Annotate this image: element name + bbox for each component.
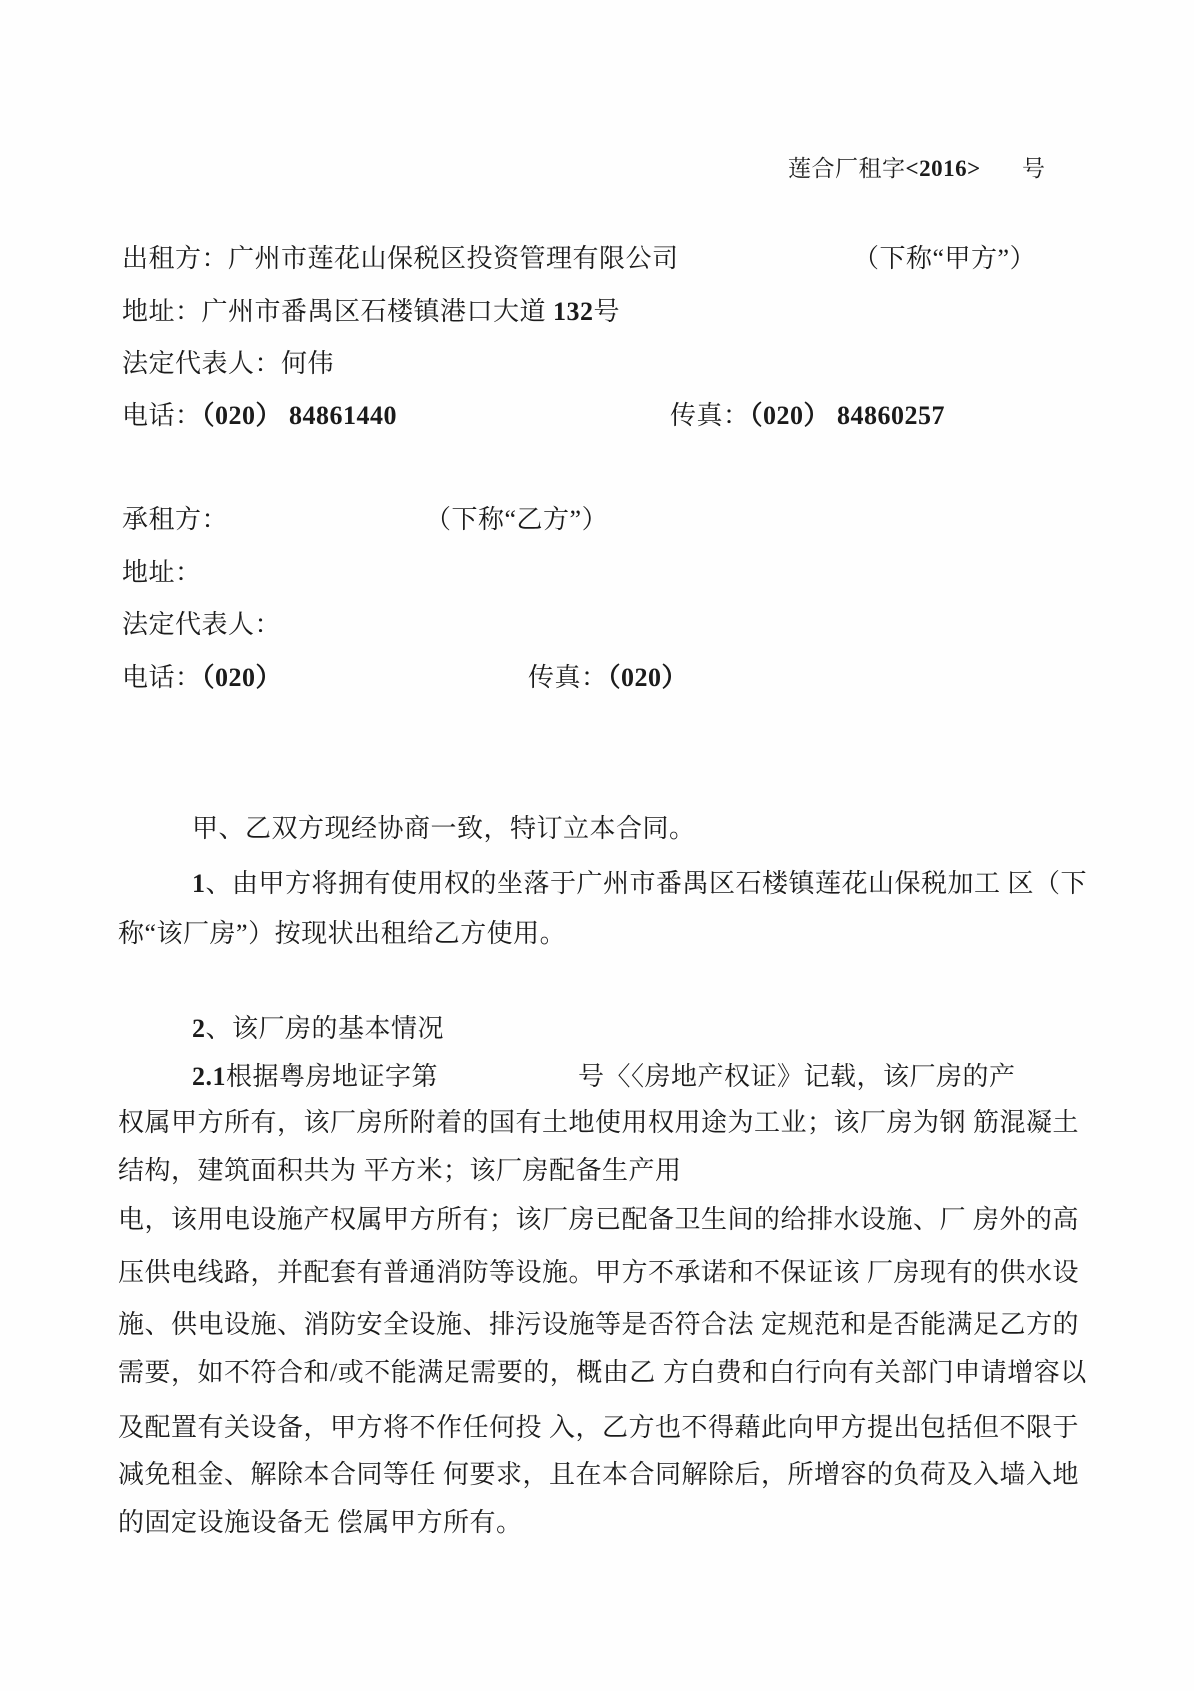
lessor-legal-representative: 法定代表人：何伟 [122,348,334,381]
clause2-1-number: 2.1 [192,1062,226,1091]
clause2-1-text-after-blank: 号〈〈房地产权证》记载，该厂房的产 [578,1062,1016,1091]
lessee-legal-representative-label: 法定代表人： [122,609,281,642]
clause2-1-body-line: 的固定设施设备无 偿属甲方所有。 [118,1507,523,1540]
lessor-fax-line: 传真：（020） 84860257 [670,400,945,433]
lessor-address-suffix: 号 [594,297,621,326]
lessee-fax-label: 传真： [528,663,608,692]
lessor-alias: （下称“甲方”） [853,243,1036,276]
lessor-phone-line: 电话：（020） 84861440 [122,400,397,433]
lessee-title: 承租方： [122,504,228,537]
clause1-line1-text: 、由甲方将拥有使用权的坐落于广州市番禺区石楼镇莲花山保税加工 区（下 [206,869,1088,898]
lessor-address-line: 地址：广州市番禺区石楼镇港口大道 132号 [122,296,620,329]
clause2-1-body-line: 减免租金、解除本合同等任 何要求，且在本合同解除后，所增容的负荷及入墙入地 [118,1459,1079,1492]
lessee-alias: （下称“乙方”） [425,504,608,537]
clause1-line2: 称“该厂房”）按现状出租给乙方使用。 [118,918,566,951]
intro-paragraph: 甲、乙双方现经协商一致，特订立本合同。 [192,813,696,846]
clause2-1-body-line: 结构，建筑面积共为 平方米；该厂房配备生产用 [118,1155,682,1188]
lessee-phone-number: （020） [202,663,283,692]
clause2-1-body-line: 需要，如不符合和/或不能满足需要的，概由乙 方白费和白行向有关部门申请增容以 [118,1357,1087,1390]
lessee-phone-label: 电话： [122,663,202,692]
clause2-number: 2 [192,1014,206,1043]
contract-page: 莲合厂租字<2016> 号 出租方：广州市莲花山保税区投资管理有限公司 （下称“… [0,0,1194,1691]
lessee-fax-number: （020） [608,663,689,692]
clause2-1-body-line: 电，该用电设施产权属甲方所有；该厂房已配备卫生间的给排水设施、厂 房外的高 [118,1204,1079,1237]
clause2-1-body-line: 及配置有关设备，甲方将不作任何投 入，乙方也不得藉此向甲方提出包括但不限于 [118,1412,1079,1445]
lessor-phone-number: （020） 84861440 [202,401,398,430]
clause2-1-body-line: 施、供电设施、消防安全设施、排污设施等是否符合法 定规范和是否能满足乙方的 [118,1309,1079,1342]
lessor-address-number: 132 [553,297,594,326]
doc-number-line: 莲合厂租字<2016> [788,155,981,184]
doc-number-suffix: 号 [1022,155,1046,184]
clause2-1-body-line: 压供电线路，并配套有普通消防等设施。甲方不承诺和不保证该 厂房现有的供水设 [118,1257,1079,1290]
clause1-line1: 1、由甲方将拥有使用权的坐落于广州市番禺区石楼镇莲花山保税加工 区（下 [192,868,1087,901]
lessor-fax-number: （020） 84860257 [750,401,946,430]
lessor-title: 出租方：广州市莲花山保税区投资管理有限公司 [122,243,679,276]
clause2-1-text-before-blank: 根据粤房地证字第 [226,1062,438,1091]
lessee-phone-line: 电话：（020） [122,662,282,695]
doc-number-year: <2016> [906,156,981,181]
lessor-fax-label: 传真： [670,401,750,430]
clause2-1-line1: 2.1根据粤房地证字第号〈〈房地产权证》记载，该厂房的产 [192,1061,1016,1094]
certificate-number-blank [438,1084,578,1085]
clause1-number: 1 [192,869,206,898]
lessee-address-label: 地址： [122,557,202,590]
lessor-phone-label: 电话： [122,401,202,430]
clause2-1-body-line: 权属甲方所有，该厂房所附着的国有土地使用权用途为工业；该厂房为钢 筋混凝土 [118,1107,1079,1140]
lessor-address-prefix: 地址：广州市番禺区石楼镇港口大道 [122,297,553,326]
lessee-fax-line: 传真：（020） [528,662,688,695]
clause2-title-line: 2、该厂房的基本情况 [192,1013,444,1046]
clause2-title-text: 、该厂房的基本情况 [206,1014,445,1043]
doc-number-series: 莲合厂租字 [788,156,906,181]
